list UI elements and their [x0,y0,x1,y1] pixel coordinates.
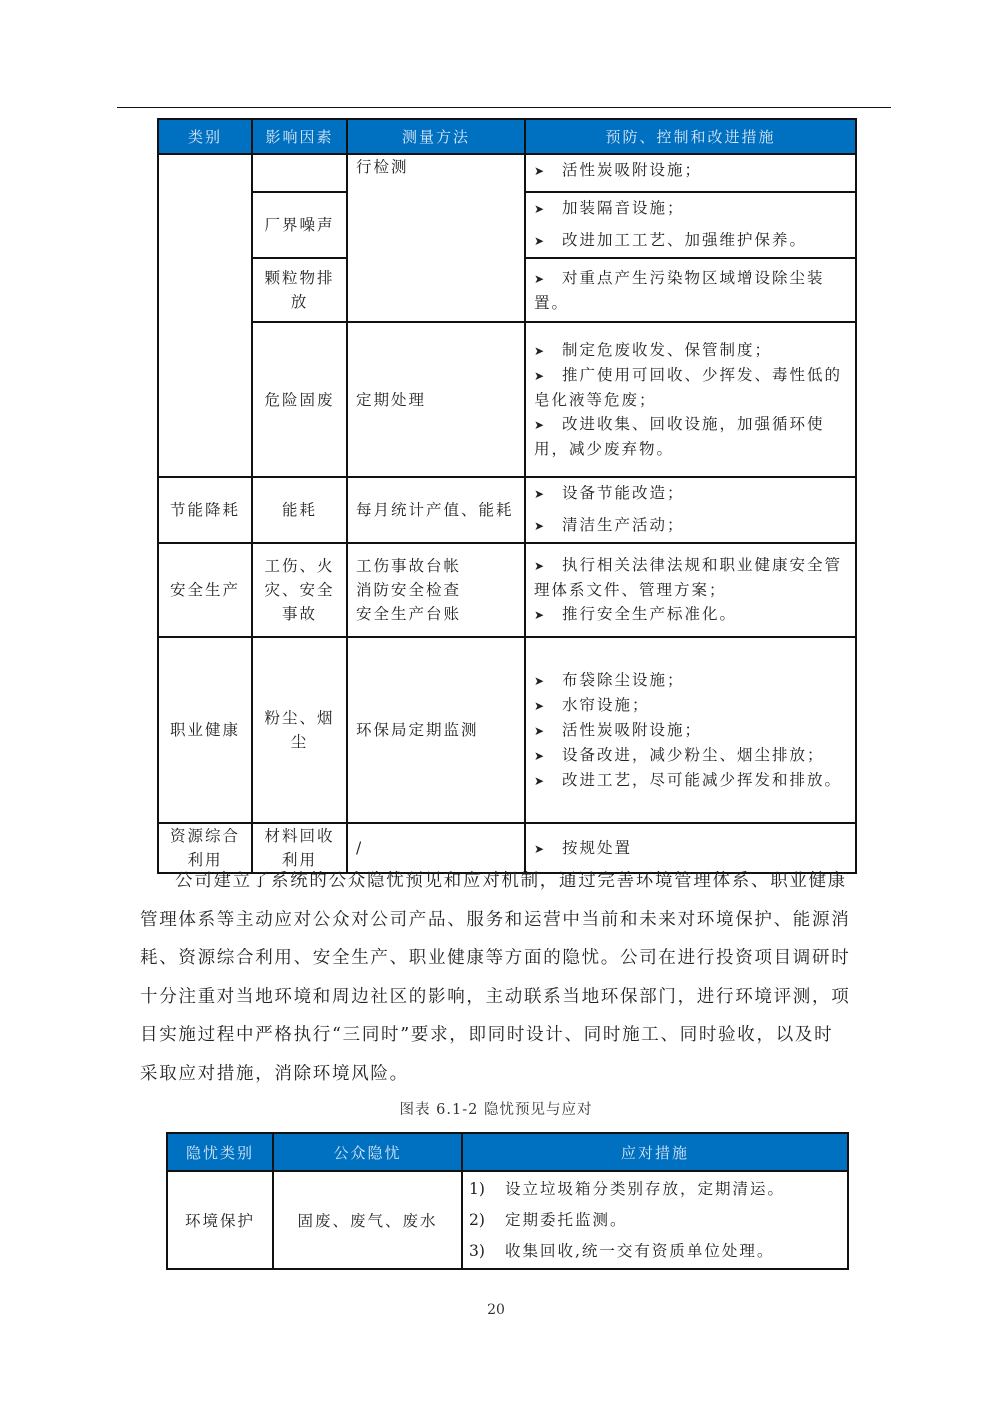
bullet-arrow-icon: ➤ [534,194,562,225]
bullet-arrow-icon: ➤ [534,339,562,363]
factor-cell: 工伤、火灾、安全事故 [252,543,347,637]
table-caption: 图表 6.1-2 隐忧预见与应对 [0,1098,992,1119]
table-header-row: 类别 影响因素 测量方法 预防、控制和改进措施 [158,119,856,154]
table-header-row: 隐忧类别 公众隐忧 应对措施 [167,1133,848,1171]
factor-cell: 危险固废 [252,322,347,477]
bullet-arrow-icon: ➤ [534,669,562,693]
bullet-arrow-icon: ➤ [534,156,562,187]
measures-table: 类别 影响因素 测量方法 预防、控制和改进措施 行检测 ➤活性炭吸附设施； 厂界… [157,118,857,874]
header-factor: 影响因素 [252,119,347,154]
header-concern-category: 隐忧类别 [167,1133,273,1171]
table-row: 危险固废 定期处理 ➤制定危废收发、保管制度； ➤推广使用可回收、少挥发、毒性低… [158,322,856,477]
category-cell: 节能降耗 [158,477,252,543]
table-row: 安全生产 工伤、火灾、安全事故 工伤事故台帐 消防安全检查 安全生产台账 ➤执行… [158,543,856,637]
bullet-arrow-icon: ➤ [534,603,562,627]
method-cell: 每月统计产值、能耗 [347,477,525,543]
bullet-arrow-icon: ➤ [534,837,562,861]
method-cell: 环保局定期监测 [347,637,525,823]
measures-cell: ➤活性炭吸附设施； [525,154,856,192]
header-category: 类别 [158,119,252,154]
measures-cell: ➤布袋除尘设施； ➤水帘设施； ➤活性炭吸附设施； ➤设备改进，减少粉尘、烟尘排… [525,637,856,823]
header-response: 应对措施 [462,1133,848,1171]
bullet-arrow-icon: ➤ [534,694,562,718]
header-method: 测量方法 [347,119,525,154]
table-row: 行检测 ➤活性炭吸附设施； [158,154,856,192]
table-row: 环境保护 固废、废气、废水 1)设立垃圾箱分类别存放，定期清运。 2)定期委托监… [167,1171,848,1269]
header-public-concern: 公众隐忧 [273,1133,462,1171]
factor-cell [252,154,347,192]
measures-cell: ➤制定危废收发、保管制度； ➤推广使用可回收、少挥发、毒性低的皂化液等危废； ➤… [525,322,856,477]
bullet-arrow-icon: ➤ [534,267,562,291]
category-cell: 安全生产 [158,543,252,637]
factor-cell: 颗粒物排放 [252,258,347,322]
response-cell: 1)设立垃圾箱分类别存放，定期清运。 2)定期委托监测。 3)收集回收,统一交有… [462,1171,848,1269]
table-row: 节能降耗 能耗 每月统计产值、能耗 ➤设备节能改造； ➤清洁生产活动； [158,477,856,543]
category-cell-env [158,154,252,477]
measures-cell: ➤执行相关法律法规和职业健康安全管理体系文件、管理方案； ➤推行安全生产标准化。 [525,543,856,637]
method-cell: 定期处理 [347,322,525,477]
measures-cell: ➤设备节能改造； ➤清洁生产活动； [525,477,856,543]
table-row: 职业健康 粉尘、烟尘 环保局定期监测 ➤布袋除尘设施； ➤水帘设施； ➤活性炭吸… [158,637,856,823]
factor-cell: 厂界噪声 [252,192,347,258]
measures-cell: ➤对重点产生污染物区域增设除尘装置。 [525,258,856,322]
concern-category-cell: 环境保护 [167,1171,273,1269]
bullet-arrow-icon: ➤ [534,364,562,388]
public-concern-cell: 固废、废气、废水 [273,1171,462,1269]
header-measures: 预防、控制和改进措施 [525,119,856,154]
bullet-arrow-icon: ➤ [534,511,562,542]
body-paragraph: 公司建立了系统的公众隐忧预见和应对机制，通过完善环境管理体系、职业健康管理体系等… [140,862,852,1093]
bullet-arrow-icon: ➤ [534,744,562,768]
factor-cell: 能耗 [252,477,347,543]
measures-cell: ➤加装隔音设施； ➤改进加工工艺、加强维护保养。 [525,192,856,258]
bullet-arrow-icon: ➤ [534,226,562,257]
bullet-arrow-icon: ➤ [534,554,562,578]
method-cell: 行检测 [347,154,525,322]
factor-cell: 粉尘、烟尘 [252,637,347,823]
concerns-table: 隐忧类别 公众隐忧 应对措施 环境保护 固废、废气、废水 1)设立垃圾箱分类别存… [166,1132,849,1270]
header-rule [117,107,891,108]
bullet-arrow-icon: ➤ [534,479,562,510]
category-cell: 职业健康 [158,637,252,823]
method-cell: 工伤事故台帐 消防安全检查 安全生产台账 [347,543,525,637]
page-number: 20 [0,1302,992,1318]
bullet-arrow-icon: ➤ [534,719,562,743]
bullet-arrow-icon: ➤ [534,769,562,793]
bullet-arrow-icon: ➤ [534,413,562,437]
